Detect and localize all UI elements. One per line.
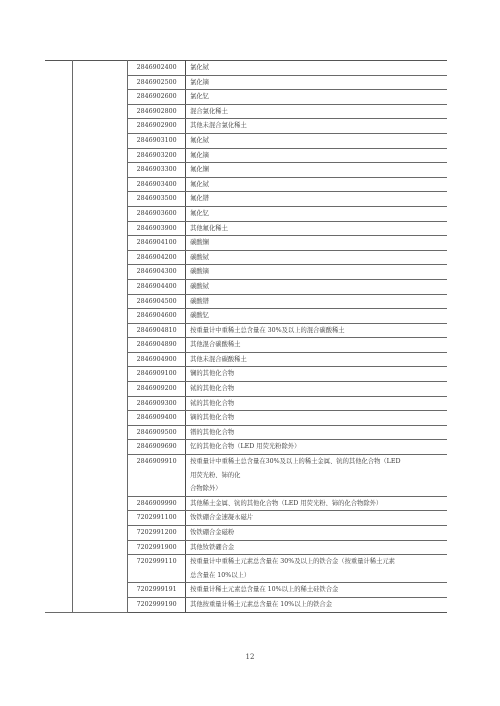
description-cell: 按重量计稀土元素总含量在 10%以上的稀土硅铁合金 [186, 583, 447, 598]
hs-code-cell: 7202991200 [128, 526, 186, 541]
hs-code-cell: 2846904300 [128, 265, 186, 280]
hs-code-cell: 2846904900 [128, 352, 186, 367]
description-line: 按重量计中重稀土元素总含量在 30%及以上的铁合金（按重量计稀土元素 [190, 555, 443, 569]
description-cell: 按重量计中重稀土总含量在 30%及以上的混合碳酸稀土 [186, 323, 447, 338]
hs-code-cell: 2846904810 [128, 323, 186, 338]
description-cell: 氯化铽 [186, 61, 447, 76]
hs-code-cell: 2846902900 [128, 119, 186, 134]
hs-code-cell: 2846903100 [128, 133, 186, 148]
hs-code-cell: 2846904200 [128, 250, 186, 265]
hs-code-cell: 2846904890 [128, 338, 186, 353]
hs-code-cell: 2846909100 [128, 367, 186, 382]
description-cell: 氯化钇 [186, 90, 447, 105]
description-cell: 镧的其他化合物 [186, 367, 447, 382]
hs-code-cell: 2846902400 [128, 61, 186, 76]
description-cell: 氟化镝 [186, 148, 447, 163]
hs-code-cell: 2846903200 [128, 148, 186, 163]
table-body: 2846902400氯化铽2846902500氯化镝2846902600氯化钇2… [45, 61, 447, 613]
description-cell: 钕铁硼合金速凝永磁片 [186, 511, 447, 526]
hs-code-cell: 7202999190 [128, 597, 186, 612]
hs-code-cell: 2846902500 [128, 75, 186, 90]
description-cell: 碳酸铽 [186, 279, 447, 294]
description-cell: 铽的其他化合物 [186, 396, 447, 411]
description-line: 用荧光粉、铈的化 [190, 469, 443, 483]
description-cell: 氯化镝 [186, 75, 447, 90]
hs-code-cell: 2846909910 [128, 455, 186, 497]
hs-code-cell: 2846903300 [128, 163, 186, 178]
hs-code-cell: 7202991900 [128, 540, 186, 555]
hs-code-cell: 2846902800 [128, 104, 186, 119]
hs-code-cell: 2846903600 [128, 206, 186, 221]
description-cell: 碳酸镧 [186, 236, 447, 251]
category-cell [45, 61, 73, 613]
hs-code-cell: 2846903900 [128, 221, 186, 236]
description-cell: 氟化铽 [186, 177, 447, 192]
hs-code-cell: 2846909400 [128, 411, 186, 426]
description-line: 总含量在 10%以上） [190, 569, 443, 583]
description-cell: 铽的其他化合物 [186, 382, 447, 397]
hs-code-cell: 2846909200 [128, 382, 186, 397]
hs-code-cell: 2846904600 [128, 309, 186, 324]
description-cell: 氟化铽 [186, 133, 447, 148]
hs-code-cell: 2846909500 [128, 425, 186, 440]
hs-code-cell: 7202999110 [128, 555, 186, 583]
description-cell: 钕铁硼合金磁粉 [186, 526, 447, 541]
description-cell: 其他未混合碳酸稀土 [186, 352, 447, 367]
description-cell: 碳酸钇 [186, 309, 447, 324]
hs-code-cell: 2846909990 [128, 496, 186, 511]
document-page: 2846902400氯化铽2846902500氯化镝2846902600氯化钇2… [0, 0, 500, 706]
description-cell: 氟化镧 [186, 163, 447, 178]
description-cell: 钇的其他化合物（LED 用荧光粉除外） [186, 440, 447, 455]
description-cell: 镨的其他化合物 [186, 425, 447, 440]
subcategory-cell [73, 61, 128, 613]
description-cell: 碳酸镝 [186, 265, 447, 280]
description-cell: 其他稀土金属、钪的其他化合物（LED 用荧光粉、铈的化合物除外） [186, 496, 447, 511]
hs-code-cell: 2846904500 [128, 294, 186, 309]
description-cell: 按重量计中重稀土元素总含量在 30%及以上的铁合金（按重量计稀土元素总含量在 1… [186, 555, 447, 583]
description-cell: 按重量计中重稀土总含量在30%及以上的稀土金属、钪的其他化合物（LED用荧光粉、… [186, 455, 447, 497]
description-cell: 碳酸铽 [186, 250, 447, 265]
hs-code-cell: 2846904100 [128, 236, 186, 251]
hs-code-cell: 7202999191 [128, 583, 186, 598]
hs-code-cell: 2846902600 [128, 90, 186, 105]
table-row: 2846902400氯化铽 [45, 61, 447, 76]
tariff-code-table: 2846902400氯化铽2846902500氯化镝2846902600氯化钇2… [45, 60, 447, 613]
hs-code-cell: 2846903500 [128, 192, 186, 207]
page-number: 12 [0, 653, 500, 661]
description-line: 合物除外） [190, 482, 443, 496]
hs-code-cell: 2846909690 [128, 440, 186, 455]
description-cell: 其他混合碳酸稀土 [186, 338, 447, 353]
description-cell: 其他氟化稀土 [186, 221, 447, 236]
description-cell: 其他钕铁硼合金 [186, 540, 447, 555]
description-cell: 混合氯化稀土 [186, 104, 447, 119]
hs-code-cell: 2846909300 [128, 396, 186, 411]
description-line: 按重量计中重稀土总含量在30%及以上的稀土金属、钪的其他化合物（LED [190, 455, 443, 469]
description-cell: 其他未混合氯化稀土 [186, 119, 447, 134]
description-cell: 碳酸镨 [186, 294, 447, 309]
hs-code-cell: 7202991100 [128, 511, 186, 526]
hs-code-cell: 2846903400 [128, 177, 186, 192]
description-cell: 镝的其他化合物 [186, 411, 447, 426]
description-cell: 氟化镨 [186, 192, 447, 207]
hs-code-cell: 2846904400 [128, 279, 186, 294]
description-cell: 其他按重量计稀土元素总含量在 10%以上的铁合金 [186, 597, 447, 612]
description-cell: 氟化钇 [186, 206, 447, 221]
